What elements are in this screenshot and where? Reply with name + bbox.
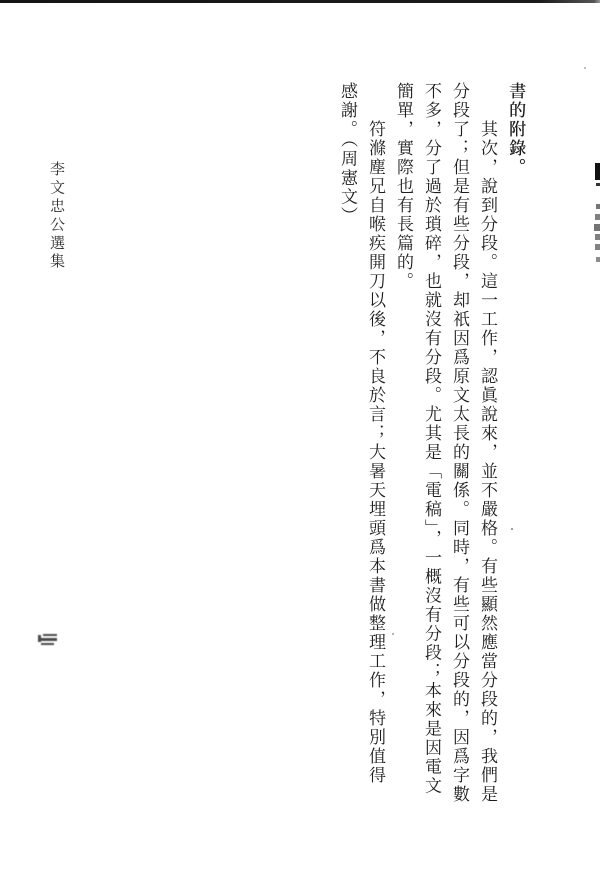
text-column-7: 感謝。（周憲文） <box>333 82 361 814</box>
facing-page-edge-fragment <box>595 163 600 180</box>
facing-page-edge-fragment <box>595 214 600 220</box>
margin-book-title: 李文忠公選集 <box>46 161 67 271</box>
main-text-block: 書的附錄。 其次，說到分段。這一工作，認眞說來，並不嚴格。有些顯然應當分段的，我… <box>333 82 529 814</box>
scanned-book-page: 李文忠公選集 書的附錄。 其次，說到分段。這一工作，認眞說來，並不嚴格。有些顯然… <box>0 0 600 881</box>
facing-page-edge-fragment <box>596 183 600 186</box>
scan-speck <box>392 633 394 635</box>
smudge-mark <box>38 632 58 647</box>
text-column-5: 簡單，實際也有長篇的。 <box>389 82 417 814</box>
facing-page-edge-fragment <box>594 224 600 231</box>
facing-page-edge-fragment <box>595 244 600 250</box>
facing-page-edge-fragment <box>596 204 600 209</box>
scan-speck <box>511 528 513 530</box>
text-column-4: 不多，分了過於瑣碎，也就沒有分段。尤其是「電稿」，一概沒有分段；本來是因電文 <box>417 82 445 814</box>
scan-speck <box>584 67 586 69</box>
text-column-1: 書的附錄。 <box>501 82 529 814</box>
text-column-3: 分段了；但是有些分段，却祇因爲原文太長的關係。同時，有些可以分段的，因爲字數 <box>445 82 473 814</box>
scan-edge-artifact <box>0 0 600 3</box>
text-column-2: 其次，說到分段。這一工作，認眞說來，並不嚴格。有些顯然應當分段的，我們是 <box>473 82 501 814</box>
facing-page-edge-fragment <box>595 234 600 240</box>
text-column-6: 符滌塵兄自喉疾開刀以後，不良於言；大暑天埋頭爲本書做整理工作，特別值得 <box>361 82 389 814</box>
facing-page-edge-fragment <box>596 257 600 262</box>
